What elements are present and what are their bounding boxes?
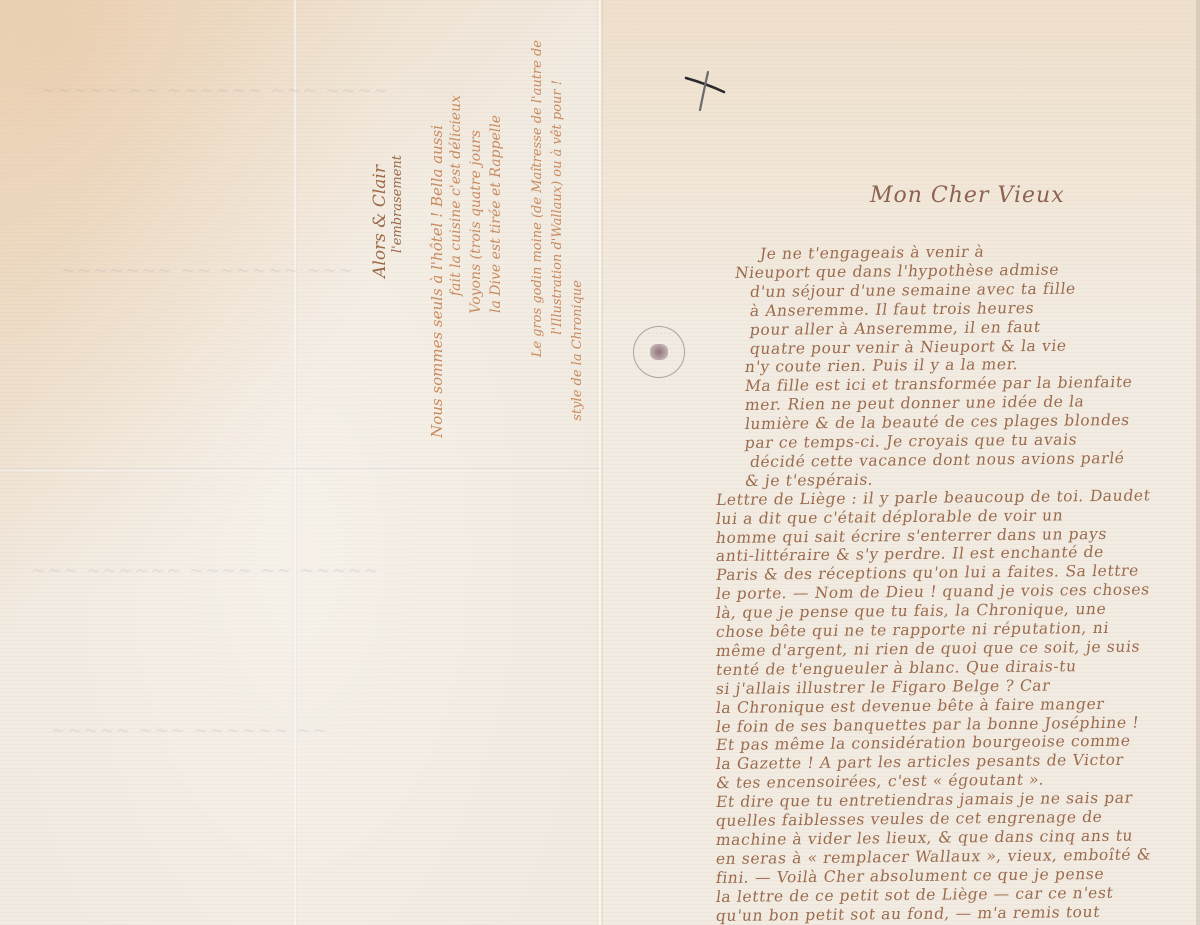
margin-note: Alors & Clair [370,165,390,278]
letter-line: quatre pour venir à Nieuport & la vie [749,336,1068,357]
letter-line: fini. — Voilà Cher absolument ce que je … [715,865,1106,887]
letter-line: Je ne t'engageais à venir à [759,243,986,263]
margin-note: l'Illustration d'Wallaux) ou à vêt pour … [550,80,565,335]
letter-line: tenté de t'engueuler à blanc. Que dirais… [715,657,1078,679]
margin-note: Nous sommes seuls à l'hôtel ! Bella auss… [428,125,446,438]
paper-edge [1196,0,1200,925]
margin-note: l'embrasement [390,155,405,253]
center-fold [597,0,603,925]
letter-line: à Anseremme. Il faut trois heures [749,299,1036,320]
letter-line: d'un séjour d'une semaine avec ta fille [749,279,1077,300]
library-stamp-icon: · · · · · · [633,326,685,378]
letter-scan: ~~~~ ~~~ ~~~~~~ ~~ ~~~~~ ~~~ ~~~~~ ~~ ~~… [0,0,1200,925]
letter-line: Nieuport que dans l'hypothèse admise [734,261,1061,282]
letter-line: & je t'espérais. [744,470,875,489]
letter-line: & tes encensoirées, c'est « égoutant ». [715,771,1046,792]
margin-note: Voyons (trois quatre jours [468,130,484,314]
letter-line: mer. Rien ne peut donner une idée de la [744,393,1086,415]
bleed-through-text: ~~~~ ~~~ ~~~~~~ ~~ ~~~~~ [39,80,390,101]
fold-crease-horizontal [0,468,600,471]
margin-note: Le gros godin moine (de Maîtresse de l'a… [530,40,545,357]
bleed-through-text: ~~ ~~~~~~ ~~~ ~~~~~ [49,720,329,741]
margin-note: fait la cuisine c'est délicieux [448,95,464,296]
fold-crease-left [293,0,297,925]
bleed-through-text: ~~~ ~~~~~ ~~ ~~~~~~~ [59,260,356,281]
margin-note: la Dive est tirée et Rappelle [488,115,504,313]
stamp-emblem [650,344,668,360]
letter-line: si j'allais illustrer le Figaro Belge ? … [715,676,1052,697]
x-mark-icon [682,70,742,120]
margin-note: style de la Chronique [570,280,585,421]
salutation: Mon Cher Vieux [870,183,1065,208]
letter-line: décidé cette vacance dont nous avions pa… [749,449,1126,471]
letter-line: lui a dit que c'était déplorable de voir… [715,506,1065,528]
bleed-through-text: ~~~~~ ~~ ~~~~ ~~~~~~ ~~~ [29,560,380,581]
letter-line: qu'un bon petit sot au fond, — m'a remis… [715,902,1101,924]
letter-line: par ce temps-ci. Je croyais que tu avais [744,431,1079,452]
letter-line: n'y coute rien. Puis il y a la mer. [744,356,1020,377]
letter-line: la lettre de ce petit sot de Liège — car… [715,883,1115,905]
stamp-ring-text: · · · · · · [634,331,684,337]
left-page [0,0,600,925]
letter-line: pour aller à Anseremme, il en faut [749,318,1042,339]
letter-line: la Chronique est devenue bête à faire ma… [715,695,1106,717]
